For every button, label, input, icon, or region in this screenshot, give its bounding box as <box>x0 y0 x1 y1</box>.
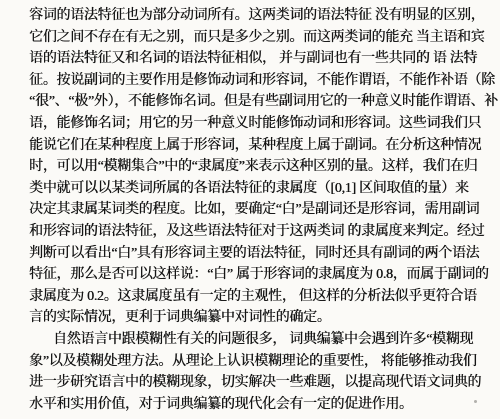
text-line: 征。按说副词的主要作用是修饰动词和形容词，不能作谓语，不能作补语（除 <box>29 70 496 92</box>
text-line: 和形容词的语法特征，及这些语法特征对于这两类词 的隶属度来判定。经过 <box>29 221 496 243</box>
text-line: 语，能修饰名词；用它的另一种意义时能修饰动词和形容词。这些词我们只 <box>29 113 496 135</box>
text-line: 隶属度为 0.2。这隶属度虽有一定的主观性， 但这样的分析法似乎更符合语 <box>29 286 496 308</box>
text-line: 能说它们在某种程度上属于形容词，某种程度上属于副词。在分析这种情况 <box>29 135 496 157</box>
text-line: 象”以及模糊处理方法。从理论上认识模糊理论的重要性， 将能够推动我们 <box>29 351 496 373</box>
text-line: 水平和实用价值，对于词典编纂的现代化会有一定的促进作用。 <box>29 394 496 416</box>
text-line: 进一步研究语言中的模糊现象，切实解决一些难题，以提高现代语文词典的 <box>29 372 496 394</box>
text-line: 自然语言中跟模糊性有关的问题很多， 词典编纂中会遇到许多“模糊现 <box>29 329 496 351</box>
text-line: 言的实际情况，更利于词典编纂中对词性的确定。 <box>29 307 496 329</box>
text-line: 语的语法特征又和名词的语法特征相似， 并与副词也有一些共同的 语 法特 <box>29 48 496 70</box>
text-line: 特征，那么是否可以这样说：“白” 属于形容词的隶属度为 0.8，而属于副词的 <box>29 264 496 286</box>
text-line: 时，可以用“模糊集合”中的“隶属度”来表示这种区别的量。这样，我们在归 <box>29 156 496 178</box>
text-line: 决定其隶属某词类的程度。比如，要确定“白”是副词还是形容词，需用副词 <box>29 199 496 221</box>
scan-speck <box>474 400 477 403</box>
text-line: 类中就可以以某类词所属的各语法特征的隶属度（[0,1] 区间取值的量）来 <box>29 178 496 200</box>
text-line: “很”、“极”外），不能修饰名词。但是有些副词用它的一种意义时能作谓语、补 <box>29 91 496 113</box>
document-page: 容词的语法特征也为部分动词所有。这两类词的语法特征 没有明显的区别，它们之间不存… <box>0 0 500 419</box>
text-line: 判断可以看出“白”具有形容词主要的语法特征，同时还具有副词的两个语法 <box>29 243 496 265</box>
text-line: 它们之间不存在有无之别，而只是多少之别。而这两类词的能充 当主语和宾 <box>29 27 496 49</box>
body-text: 容词的语法特征也为部分动词所有。这两类词的语法特征 没有明显的区别，它们之间不存… <box>29 5 496 415</box>
text-line: 容词的语法特征也为部分动词所有。这两类词的语法特征 没有明显的区别， <box>29 5 496 27</box>
